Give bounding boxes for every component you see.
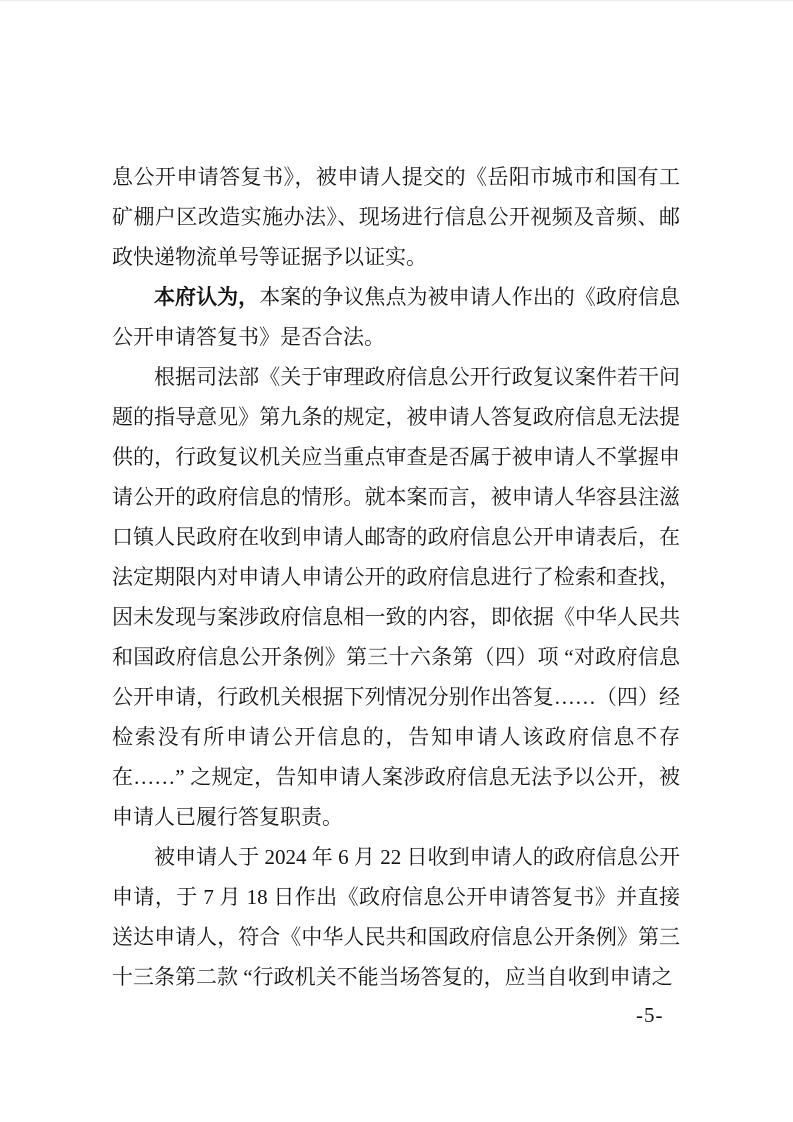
paragraph: 被申请人于 2024 年 6 月 22 日收到申请人的政府信息公开申请，于 7 … <box>112 837 680 997</box>
paragraph-lead-bold: 本府认为， <box>154 285 259 309</box>
document-page: 息公开申请答复书》，被申请人提交的《岳阳市城市和国有工矿棚户区改造实施办法》、现… <box>0 0 793 1122</box>
page-number: -5- <box>636 1003 664 1028</box>
paragraph: 本府认为，本案的争议焦点为被申请人作出的《政府信息公开申请答复书》是否合法。 <box>112 277 680 357</box>
paragraph: 息公开申请答复书》，被申请人提交的《岳阳市城市和国有工矿棚户区改造实施办法》、现… <box>112 157 680 277</box>
paragraph-text: 被申请人于 2024 年 6 月 22 日收到申请人的政府信息公开申请，于 7 … <box>112 845 680 989</box>
paragraph-text: 根据司法部《关于审理政府信息公开行政复议案件若干问题的指导意见》第九条的规定，被… <box>112 365 680 829</box>
paragraph: 根据司法部《关于审理政府信息公开行政复议案件若干问题的指导意见》第九条的规定，被… <box>112 357 680 837</box>
document-body: 息公开申请答复书》，被申请人提交的《岳阳市城市和国有工矿棚户区改造实施办法》、现… <box>112 157 680 997</box>
paragraph-text: 息公开申请答复书》，被申请人提交的《岳阳市城市和国有工矿棚户区改造实施办法》、现… <box>112 165 680 269</box>
